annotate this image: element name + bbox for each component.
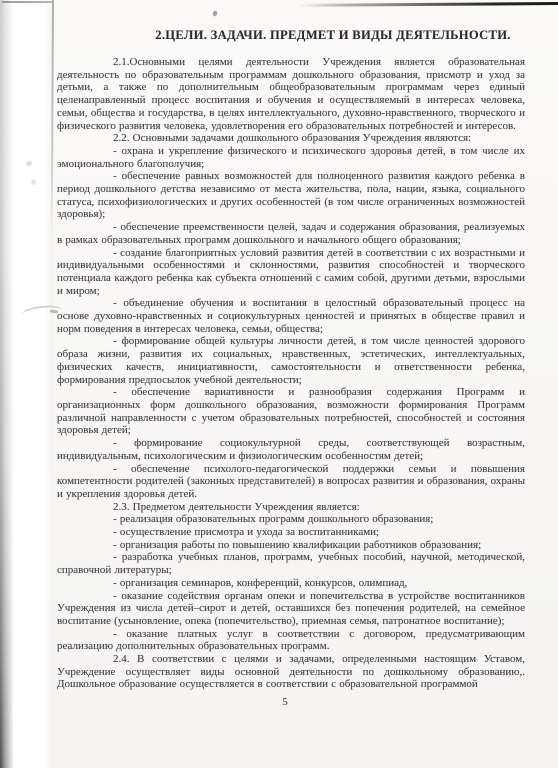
scanner-edge-line — [298, 2, 558, 7]
body-paragraph: - создание благоприятных условий развити… — [57, 247, 525, 298]
body-paragraph: - реализация образовательных программ до… — [57, 513, 525, 526]
body-paragraph: - обеспечение вариативности и разнообраз… — [57, 386, 525, 437]
body-paragraph: 2.4. В соответствии с целями и задачами,… — [57, 653, 525, 691]
body-paragraph: 2.3. Предметом деятельности Учреждения я… — [57, 501, 525, 514]
body-paragraph: - объединение обучения и воспитания в це… — [57, 297, 525, 335]
scan-smudge — [26, 161, 32, 166]
body-paragraph: 2.2. Основными задачами дошкольного обра… — [57, 132, 525, 145]
scanned-page: 2.ЦЕЛИ. ЗАДАЧИ. ПРЕДМЕТ И ВИДЫ ДЕЯТЕЛЬНО… — [0, 0, 558, 768]
body-paragraphs: 2.1.Основными целями деятельности Учрежд… — [57, 56, 525, 691]
underlying-page-side-edge — [51, 0, 54, 238]
body-paragraph: - разработка учебных планов, программ, у… — [57, 551, 525, 576]
left-edge-shadow — [0, 0, 14, 768]
body-paragraph: - обеспечение преемственности целей, зад… — [57, 221, 525, 246]
section-title: 2.ЦЕЛИ. ЗАДАЧИ. ПРЕДМЕТ И ВИДЫ ДЕЯТЕЛЬНО… — [99, 28, 558, 43]
page-number: 5 — [51, 696, 519, 708]
body-paragraph: - обеспечение равных возможностей для по… — [57, 170, 525, 221]
body-paragraph: - обеспечение психолого-педагогической п… — [57, 463, 525, 501]
page-content: 2.ЦЕЛИ. ЗАДАЧИ. ПРЕДМЕТ И ВИДЫ ДЕЯТЕЛЬНО… — [57, 28, 525, 708]
body-paragraph: - формирование социокультурной среды, со… — [57, 437, 525, 462]
body-paragraph: - оказание платных услуг в соответствии … — [57, 628, 525, 653]
body-paragraph: - организация работы по повышению квалиф… — [57, 539, 525, 552]
underlying-page-top-edge — [2, 1, 54, 3]
ink-speck — [212, 10, 217, 16]
body-paragraph: 2.1.Основными целями деятельности Учрежд… — [57, 56, 525, 132]
body-paragraph: - оказание содействия органам опеки и по… — [57, 590, 525, 628]
body-paragraph: - осуществление присмотра и ухода за вос… — [57, 526, 525, 539]
body-paragraph: - охрана и укрепление физического и псих… — [57, 145, 525, 170]
scan-smudge — [31, 179, 36, 185]
body-paragraph: - организация семинаров, конференций, ко… — [57, 577, 525, 590]
body-paragraph: - формирование общей культуры личности д… — [57, 335, 525, 386]
